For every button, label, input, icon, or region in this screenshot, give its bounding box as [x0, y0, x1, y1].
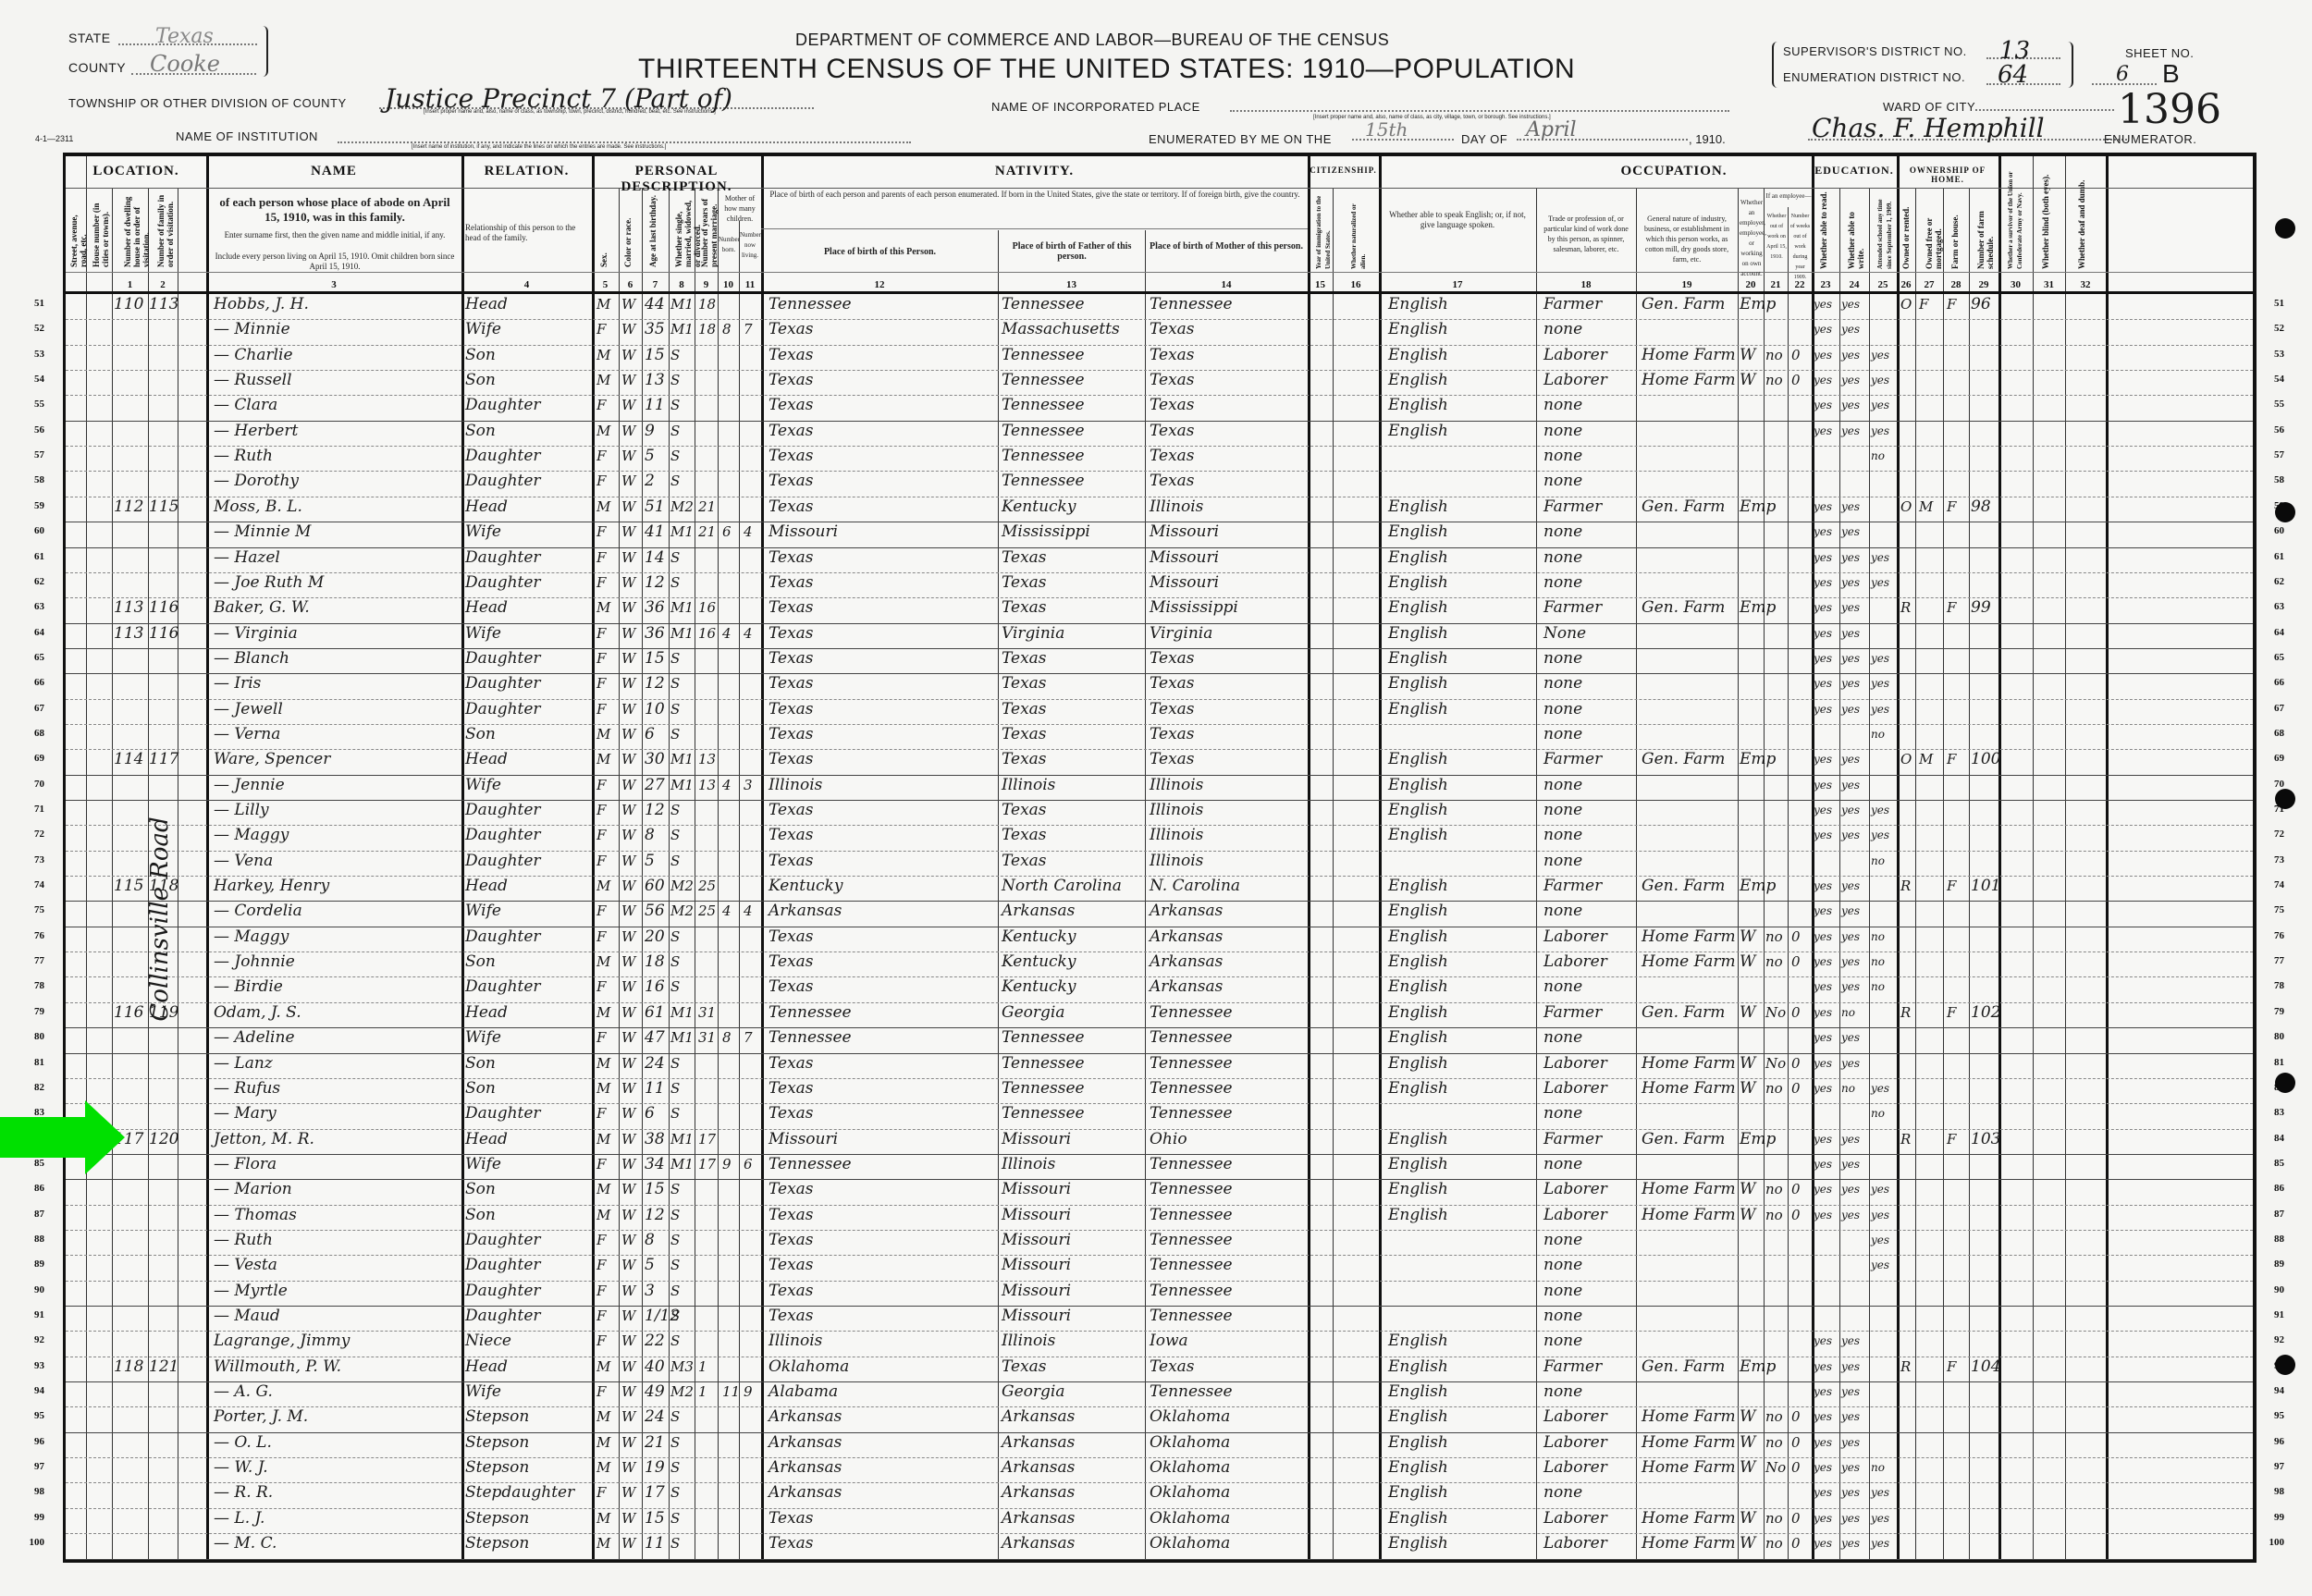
language-cell: English — [1388, 1405, 1448, 1430]
father-birthplace-cell: Texas — [1002, 722, 1047, 747]
language-cell: English — [1388, 621, 1448, 646]
years-married-cell: 16 — [698, 621, 716, 646]
birthplace-cell: Texas — [769, 1279, 814, 1304]
years-married-cell: 18 — [698, 292, 716, 317]
employer-status-cell: W — [1740, 950, 1755, 975]
sex-cell: F — [596, 571, 606, 595]
attended-school-cell: yes — [1871, 1228, 1889, 1253]
can-read-cell: yes — [1814, 1531, 1832, 1556]
mother-birthplace-cell: Tennessee — [1150, 1001, 1233, 1025]
table-row: 117120Jetton, M. R.HeadMW38M117MissouriM… — [66, 1129, 2253, 1154]
marital-status-cell: S — [670, 1051, 680, 1076]
language-cell: English — [1388, 1480, 1448, 1505]
army-survivor-header: Whether a survivor of the Union or Confe… — [2006, 167, 2024, 269]
age-cell: 9 — [645, 419, 655, 444]
dwelling-number-cell: 112 — [114, 495, 143, 520]
relation-cell: Head — [465, 1127, 508, 1152]
mother-birthplace-cell: Tennessee — [1150, 1228, 1233, 1253]
color-cell: W — [621, 747, 635, 772]
birthplace-cell: Texas — [769, 419, 814, 444]
person-name-cell: — Maggy — [214, 823, 289, 848]
language-cell: English — [1388, 646, 1448, 671]
column-number: 18 — [1536, 279, 1636, 290]
trade-cell: Farmer — [1543, 747, 1602, 772]
out-of-work-cell: no — [1765, 1177, 1783, 1202]
language-cell: English — [1388, 1329, 1448, 1354]
mother-birthplace-cell: Texas — [1150, 343, 1195, 368]
table-row: — BirdieDaughterFW16STexasKentuckyArkans… — [66, 976, 2253, 1001]
line-number: 81 — [2257, 1057, 2284, 1068]
father-birthplace-cell: Tennessee — [1002, 393, 1085, 418]
father-birthplace-cell: Kentucky — [1002, 925, 1076, 950]
mother-birthplace-cell: Illinois — [1150, 823, 1203, 848]
line-number: 88 — [2257, 1234, 2284, 1245]
industry-cell: Home Farm — [1642, 1051, 1736, 1076]
children-living-cell: 7 — [744, 1025, 753, 1050]
relation-cell: Daughter — [465, 1101, 541, 1126]
weeks-out-cell: 0 — [1791, 1455, 1801, 1480]
sex-cell: M — [596, 1531, 610, 1556]
farm-house-cell: F — [1947, 874, 1956, 899]
column-number: 22 — [1788, 279, 1812, 290]
line-number: 73 — [2257, 854, 2284, 866]
table-row: — MaggyDaughterFW20STexasKentuckyArkansa… — [66, 927, 2253, 951]
column-number: 30 — [1998, 279, 2033, 290]
weeks-out-cell: 0 — [1791, 925, 1801, 950]
farm-schedule-cell: 104 — [1971, 1355, 2000, 1380]
employer-status-cell: Emp — [1740, 747, 1776, 772]
line-number: 65 — [2257, 652, 2284, 663]
language-cell: English — [1388, 495, 1448, 520]
color-cell: W — [621, 1480, 635, 1505]
mother-birthplace-cell: N. Carolina — [1150, 874, 1240, 899]
line-number: 83 — [2257, 1107, 2284, 1118]
mother-birthplace-cell: Arkansas — [1150, 975, 1223, 1000]
age-cell: 8 — [645, 1228, 655, 1253]
age-cell: 8 — [645, 823, 655, 848]
can-write-cell: yes — [1841, 1051, 1860, 1076]
column-number: 28 — [1943, 279, 1969, 290]
line-number: 77 — [17, 955, 44, 966]
relation-cell: Wife — [465, 1025, 501, 1050]
column-number: 27 — [1915, 279, 1943, 290]
color-cell: W — [621, 393, 635, 418]
incorporated-place-field — [1230, 97, 1729, 112]
person-name-cell: — L. J. — [214, 1506, 264, 1531]
father-birthplace-cell: Texas — [1002, 697, 1047, 722]
relation-cell: Niece — [465, 1329, 511, 1354]
punch-hole — [2275, 789, 2295, 809]
owned-rented-cell: R — [1900, 874, 1911, 899]
color-cell: W — [621, 1355, 635, 1380]
sex-header: Sex. — [599, 230, 609, 267]
birthplace-cell: Texas — [769, 571, 814, 595]
relation-cell: Stepson — [465, 1531, 529, 1556]
attended-school-cell: yes — [1871, 419, 1889, 444]
can-read-cell: yes — [1814, 343, 1832, 368]
age-cell: 21 — [645, 1430, 665, 1455]
language-cell: English — [1388, 1051, 1448, 1076]
employer-status-cell: W — [1740, 343, 1755, 368]
can-read-cell: yes — [1814, 1455, 1832, 1480]
age-cell: 11 — [645, 1076, 665, 1101]
sex-cell: M — [596, 1076, 610, 1101]
age-cell: 12 — [645, 1203, 665, 1228]
birthplace-cell: Texas — [769, 747, 814, 772]
table-row: — MinnieWifeFW35M11887TexasMassachusetts… — [66, 319, 2253, 344]
attended-school-cell: yes — [1871, 671, 1889, 696]
language-cell: English — [1388, 292, 1448, 317]
marital-status-cell: M1 — [670, 1025, 694, 1050]
if-employee-label: If an employee— — [1765, 191, 1812, 202]
language-cell: English — [1388, 874, 1448, 899]
years-married-header: Number of years of present marriage. — [700, 193, 719, 267]
attended-school-cell: yes — [1871, 1506, 1889, 1531]
age-cell: 40 — [645, 1355, 665, 1380]
father-birthplace-cell: Georgia — [1002, 1001, 1064, 1025]
father-birthplace-cell: Tennessee — [1002, 469, 1085, 494]
person-name-cell: — O. L. — [214, 1430, 272, 1455]
children-living-cell: 4 — [744, 520, 753, 545]
group-name: NAME — [206, 164, 461, 179]
can-read-cell: yes — [1814, 1506, 1832, 1531]
line-number: 61 — [17, 551, 44, 562]
group-ownership: OWNERSHIP OF HOME. — [1897, 166, 1998, 184]
trade-cell: none — [1543, 1228, 1582, 1253]
table-row: — MaudDaughterFW1/12STexasMissouriTennes… — [66, 1306, 2253, 1331]
district-brace — [1772, 42, 1781, 88]
birthplace-cell: Texas — [769, 368, 814, 393]
sex-cell: M — [596, 1203, 610, 1228]
color-cell: W — [621, 798, 635, 823]
sex-cell: M — [596, 1506, 610, 1531]
color-cell: W — [621, 444, 635, 469]
language-cell: English — [1388, 1001, 1448, 1025]
line-number: 96 — [17, 1436, 44, 1447]
relation-cell: Daughter — [465, 1228, 541, 1253]
line-number: 95 — [2257, 1410, 2284, 1421]
age-cell: 6 — [645, 1101, 655, 1126]
relation-cell: Daughter — [465, 849, 541, 874]
can-read-cell: yes — [1814, 292, 1832, 317]
color-cell: W — [621, 368, 635, 393]
attended-school-cell: no — [1871, 1455, 1885, 1480]
marital-status-cell: S — [670, 1506, 680, 1531]
industry-cell: Home Farm — [1642, 1430, 1736, 1455]
mother-birthplace-cell: Tennessee — [1150, 1279, 1233, 1304]
can-read-cell: yes — [1814, 1329, 1832, 1354]
line-number: 78 — [17, 980, 44, 991]
line-number: 67 — [17, 703, 44, 714]
children-living-cell: 9 — [744, 1380, 753, 1405]
weeks-out-cell: 0 — [1791, 368, 1801, 393]
column-number: 1 — [112, 279, 148, 290]
sex-cell: F — [596, 899, 606, 924]
trade-cell: None — [1543, 621, 1586, 646]
employer-status-cell: W — [1740, 1177, 1755, 1202]
line-number: 91 — [17, 1309, 44, 1320]
out-of-work-label: Whether out of work on April 15, 1910. — [1765, 212, 1788, 263]
color-cell: W — [621, 1455, 635, 1480]
table-row: 112115Moss, B. L.HeadMW51M221TexasKentuc… — [66, 497, 2253, 522]
person-name-cell: — Flora — [214, 1152, 277, 1177]
birthplace-cell: Texas — [769, 621, 814, 646]
trade-cell: Laborer — [1543, 1455, 1607, 1480]
birthplace-cell: Texas — [769, 849, 814, 874]
color-cell: W — [621, 621, 635, 646]
trade-cell: Laborer — [1543, 368, 1607, 393]
person-name-cell: — Vena — [214, 849, 273, 874]
person-name-cell: — Russell — [214, 368, 292, 393]
person-name-cell: Odam, J. S. — [214, 1001, 301, 1025]
father-birthplace-cell: Missouri — [1002, 1279, 1071, 1304]
trade-cell: Laborer — [1543, 1076, 1607, 1101]
sex-cell: F — [596, 1228, 606, 1253]
attended-school-cell: yes — [1871, 1253, 1889, 1278]
line-number: 100 — [17, 1537, 44, 1548]
mother-birthplace-cell: Texas — [1150, 317, 1195, 342]
person-name-cell: — Vesta — [214, 1253, 277, 1278]
line-number: 87 — [17, 1209, 44, 1220]
person-name-cell: — Charlie — [214, 343, 293, 368]
color-cell: W — [621, 975, 635, 1000]
can-read-cell: yes — [1814, 495, 1832, 520]
sex-cell: M — [596, 419, 610, 444]
language-cell: English — [1388, 1430, 1448, 1455]
farm-house-cell: F — [1947, 595, 1956, 620]
trade-label: Trade or profession of, or particular ki… — [1540, 214, 1632, 254]
line-number: 71 — [17, 804, 44, 815]
father-birthplace-cell: Tennessee — [1002, 343, 1085, 368]
person-name-cell: — Lilly — [214, 798, 269, 823]
can-read-cell: yes — [1814, 773, 1832, 798]
age-cell: 14 — [645, 546, 665, 571]
father-birthplace-cell: Kentucky — [1002, 495, 1076, 520]
can-write-cell: yes — [1841, 773, 1860, 798]
sex-cell: M — [596, 1430, 610, 1455]
trade-cell: none — [1543, 571, 1582, 595]
father-birthplace-cell: Arkansas — [1002, 1455, 1075, 1480]
age-cell: 12 — [645, 571, 665, 595]
owned-rented-cell: O — [1900, 495, 1912, 520]
color-cell: W — [621, 571, 635, 595]
column-number: 26 — [1897, 279, 1915, 290]
years-married-cell: 25 — [698, 874, 716, 899]
trade-cell: none — [1543, 419, 1582, 444]
sex-cell: F — [596, 1304, 606, 1329]
mother-birthplace-cell: Texas — [1150, 444, 1195, 469]
out-of-work-cell: no — [1765, 1531, 1783, 1556]
age-cell: 2 — [645, 469, 655, 494]
trade-cell: none — [1543, 1025, 1582, 1050]
mother-birthplace-cell: Texas — [1150, 747, 1195, 772]
relation-cell: Son — [465, 950, 496, 975]
trade-cell: none — [1543, 1279, 1582, 1304]
sex-cell: F — [596, 1152, 606, 1177]
can-write-cell: yes — [1841, 1506, 1860, 1531]
marital-status-cell: M2 — [670, 1380, 694, 1405]
employer-status-cell: W — [1740, 925, 1755, 950]
birthplace-cell: Arkansas — [769, 1430, 842, 1455]
table-row: 114117Ware, SpencerHeadMW30M113TexasTexa… — [66, 749, 2253, 774]
table-row: — RuthDaughterFW5STexasTennesseeTexasnon… — [66, 446, 2253, 471]
line-number: 53 — [2257, 349, 2284, 360]
naturalized-header: Whether naturalized or alien. — [1349, 191, 1368, 269]
line-number: 74 — [17, 879, 44, 890]
trade-cell: Laborer — [1543, 1430, 1607, 1455]
table-row: Porter, J. M.StepsonMW24SArkansasArkansa… — [66, 1406, 2253, 1431]
birth-mother-label: Place of birth of Mother of this person. — [1149, 241, 1304, 252]
person-name-cell: — Virginia — [214, 621, 298, 646]
out-of-work-cell: No — [1765, 1051, 1786, 1076]
mother-birthplace-cell: Missouri — [1150, 571, 1219, 595]
marital-status-cell: S — [670, 1531, 680, 1556]
line-number: 99 — [17, 1512, 44, 1523]
color-cell: W — [621, 874, 635, 899]
sheet-number-value: 6 — [2116, 63, 2129, 86]
age-cell: 15 — [645, 1177, 665, 1202]
farm-schedule-header: Number of farm schedule. — [1976, 191, 1995, 269]
table-row: — JennieWifeFW27M11343IllinoisIllinoisIl… — [66, 775, 2253, 800]
line-number: 66 — [2257, 677, 2284, 688]
weeks-out-cell: 0 — [1791, 1430, 1801, 1455]
birthplace-cell: Texas — [769, 1101, 814, 1126]
sex-cell: F — [596, 1101, 606, 1126]
marital-status-cell: S — [670, 1455, 680, 1480]
marital-status-cell: M1 — [670, 292, 694, 317]
marital-status-cell: S — [670, 1329, 680, 1354]
trade-cell: none — [1543, 722, 1582, 747]
age-cell: 5 — [645, 1253, 655, 1278]
form-number: 4-1—2311 — [35, 134, 73, 143]
father-birthplace-cell: Mississippi — [1002, 520, 1090, 545]
relation-cell: Son — [465, 343, 496, 368]
year-label: , 1910. — [1689, 132, 1726, 146]
person-name-cell: — Minnie — [214, 317, 290, 342]
marital-status-cell: S — [670, 1101, 680, 1126]
birthplace-cell: Texas — [769, 393, 814, 418]
marital-status-cell: S — [670, 1177, 680, 1202]
father-birthplace-cell: Missouri — [1002, 1177, 1071, 1202]
line-number: 79 — [17, 1006, 44, 1017]
out-of-work-cell: no — [1765, 343, 1783, 368]
can-read-cell: yes — [1814, 975, 1832, 1000]
person-name-cell: — Minnie M — [214, 520, 311, 545]
dwelling-number-header: Number of dwelling house in order of vis… — [123, 193, 151, 267]
father-birthplace-cell: Missouri — [1002, 1203, 1071, 1228]
language-cell: English — [1388, 747, 1448, 772]
can-read-cell: yes — [1814, 368, 1832, 393]
father-birthplace-cell: Arkansas — [1002, 899, 1075, 924]
line-number: 58 — [2257, 474, 2284, 485]
relation-cell: Wife — [465, 520, 501, 545]
line-number: 72 — [17, 829, 44, 840]
birthplace-cell: Oklahoma — [769, 1355, 849, 1380]
owned-rented-header: Owned or rented. — [1901, 191, 1911, 269]
sex-cell: F — [596, 546, 606, 571]
years-married-cell: 17 — [698, 1127, 716, 1152]
can-write-cell: yes — [1841, 899, 1860, 924]
trade-cell: Farmer — [1543, 495, 1602, 520]
relation-cell: Wife — [465, 1152, 501, 1177]
line-number: 54 — [17, 374, 44, 385]
color-cell: W — [621, 546, 635, 571]
employer-status-cell: W — [1740, 1405, 1755, 1430]
sex-cell: M — [596, 368, 610, 393]
enumerated-month: April — [1526, 118, 1577, 141]
out-of-work-cell: no — [1765, 1076, 1783, 1101]
column-number: 13 — [998, 279, 1145, 290]
column-number: 24 — [1839, 279, 1869, 290]
column-number: 19 — [1636, 279, 1738, 290]
owned-rented-cell: O — [1900, 747, 1912, 772]
relation-cell: Daughter — [465, 975, 541, 1000]
age-cell: 36 — [645, 595, 665, 620]
line-number: 60 — [17, 525, 44, 536]
sex-cell: M — [596, 747, 610, 772]
birthplace-cell: Tennessee — [769, 1025, 852, 1050]
trade-cell: none — [1543, 975, 1582, 1000]
line-number: 74 — [2257, 879, 2284, 890]
marital-status-cell: S — [670, 1279, 680, 1304]
farm-schedule-cell: 96 — [1971, 292, 1991, 317]
sex-cell: M — [596, 1051, 610, 1076]
sex-cell: M — [596, 722, 610, 747]
column-number: 16 — [1333, 279, 1379, 290]
state-value: Texas — [155, 25, 214, 48]
sex-cell: F — [596, 469, 606, 494]
father-birthplace-cell: Kentucky — [1002, 975, 1076, 1000]
mother-birthplace-cell: Oklahoma — [1150, 1430, 1230, 1455]
mother-birthplace-cell: Tennessee — [1150, 1152, 1233, 1177]
employer-status-cell: Emp — [1740, 595, 1776, 620]
can-read-cell: yes — [1814, 697, 1832, 722]
line-number: 82 — [17, 1082, 44, 1093]
marital-status-cell: S — [670, 1480, 680, 1505]
can-write-cell: yes — [1841, 1480, 1860, 1505]
children-born-cell: 8 — [722, 317, 732, 342]
birthplace-cell: Texas — [769, 546, 814, 571]
can-write-cell: yes — [1841, 1531, 1860, 1556]
trade-cell: Laborer — [1543, 1177, 1607, 1202]
birthplace-cell: Texas — [769, 1228, 814, 1253]
line-number: 79 — [2257, 1006, 2284, 1017]
birthplace-cell: Texas — [769, 1177, 814, 1202]
age-cell: 36 — [645, 621, 665, 646]
person-name-cell: — Ruth — [214, 1228, 273, 1253]
weeks-out-cell: 0 — [1791, 1531, 1801, 1556]
farm-house-cell: F — [1947, 1127, 1956, 1152]
column-number: 2 — [148, 279, 178, 290]
line-number: 75 — [2257, 904, 2284, 915]
attended-school-cell: yes — [1871, 1203, 1889, 1228]
line-number: 86 — [17, 1183, 44, 1194]
color-cell: W — [621, 317, 635, 342]
family-number-cell: 115 — [149, 495, 178, 520]
age-cell: 12 — [645, 798, 665, 823]
line-number: 58 — [17, 474, 44, 485]
attended-school-cell: yes — [1871, 1076, 1889, 1101]
age-cell: 41 — [645, 520, 665, 545]
sex-cell: F — [596, 798, 606, 823]
enumerated-label: ENUMERATED BY ME ON THE — [1149, 132, 1332, 146]
language-cell: English — [1388, 1076, 1448, 1101]
attended-school-cell: no — [1871, 925, 1885, 950]
birth-person-label: Place of birth of this Person. — [767, 247, 993, 257]
line-number: 55 — [17, 399, 44, 410]
out-of-work-cell: no — [1765, 925, 1783, 950]
sex-cell: M — [596, 343, 610, 368]
